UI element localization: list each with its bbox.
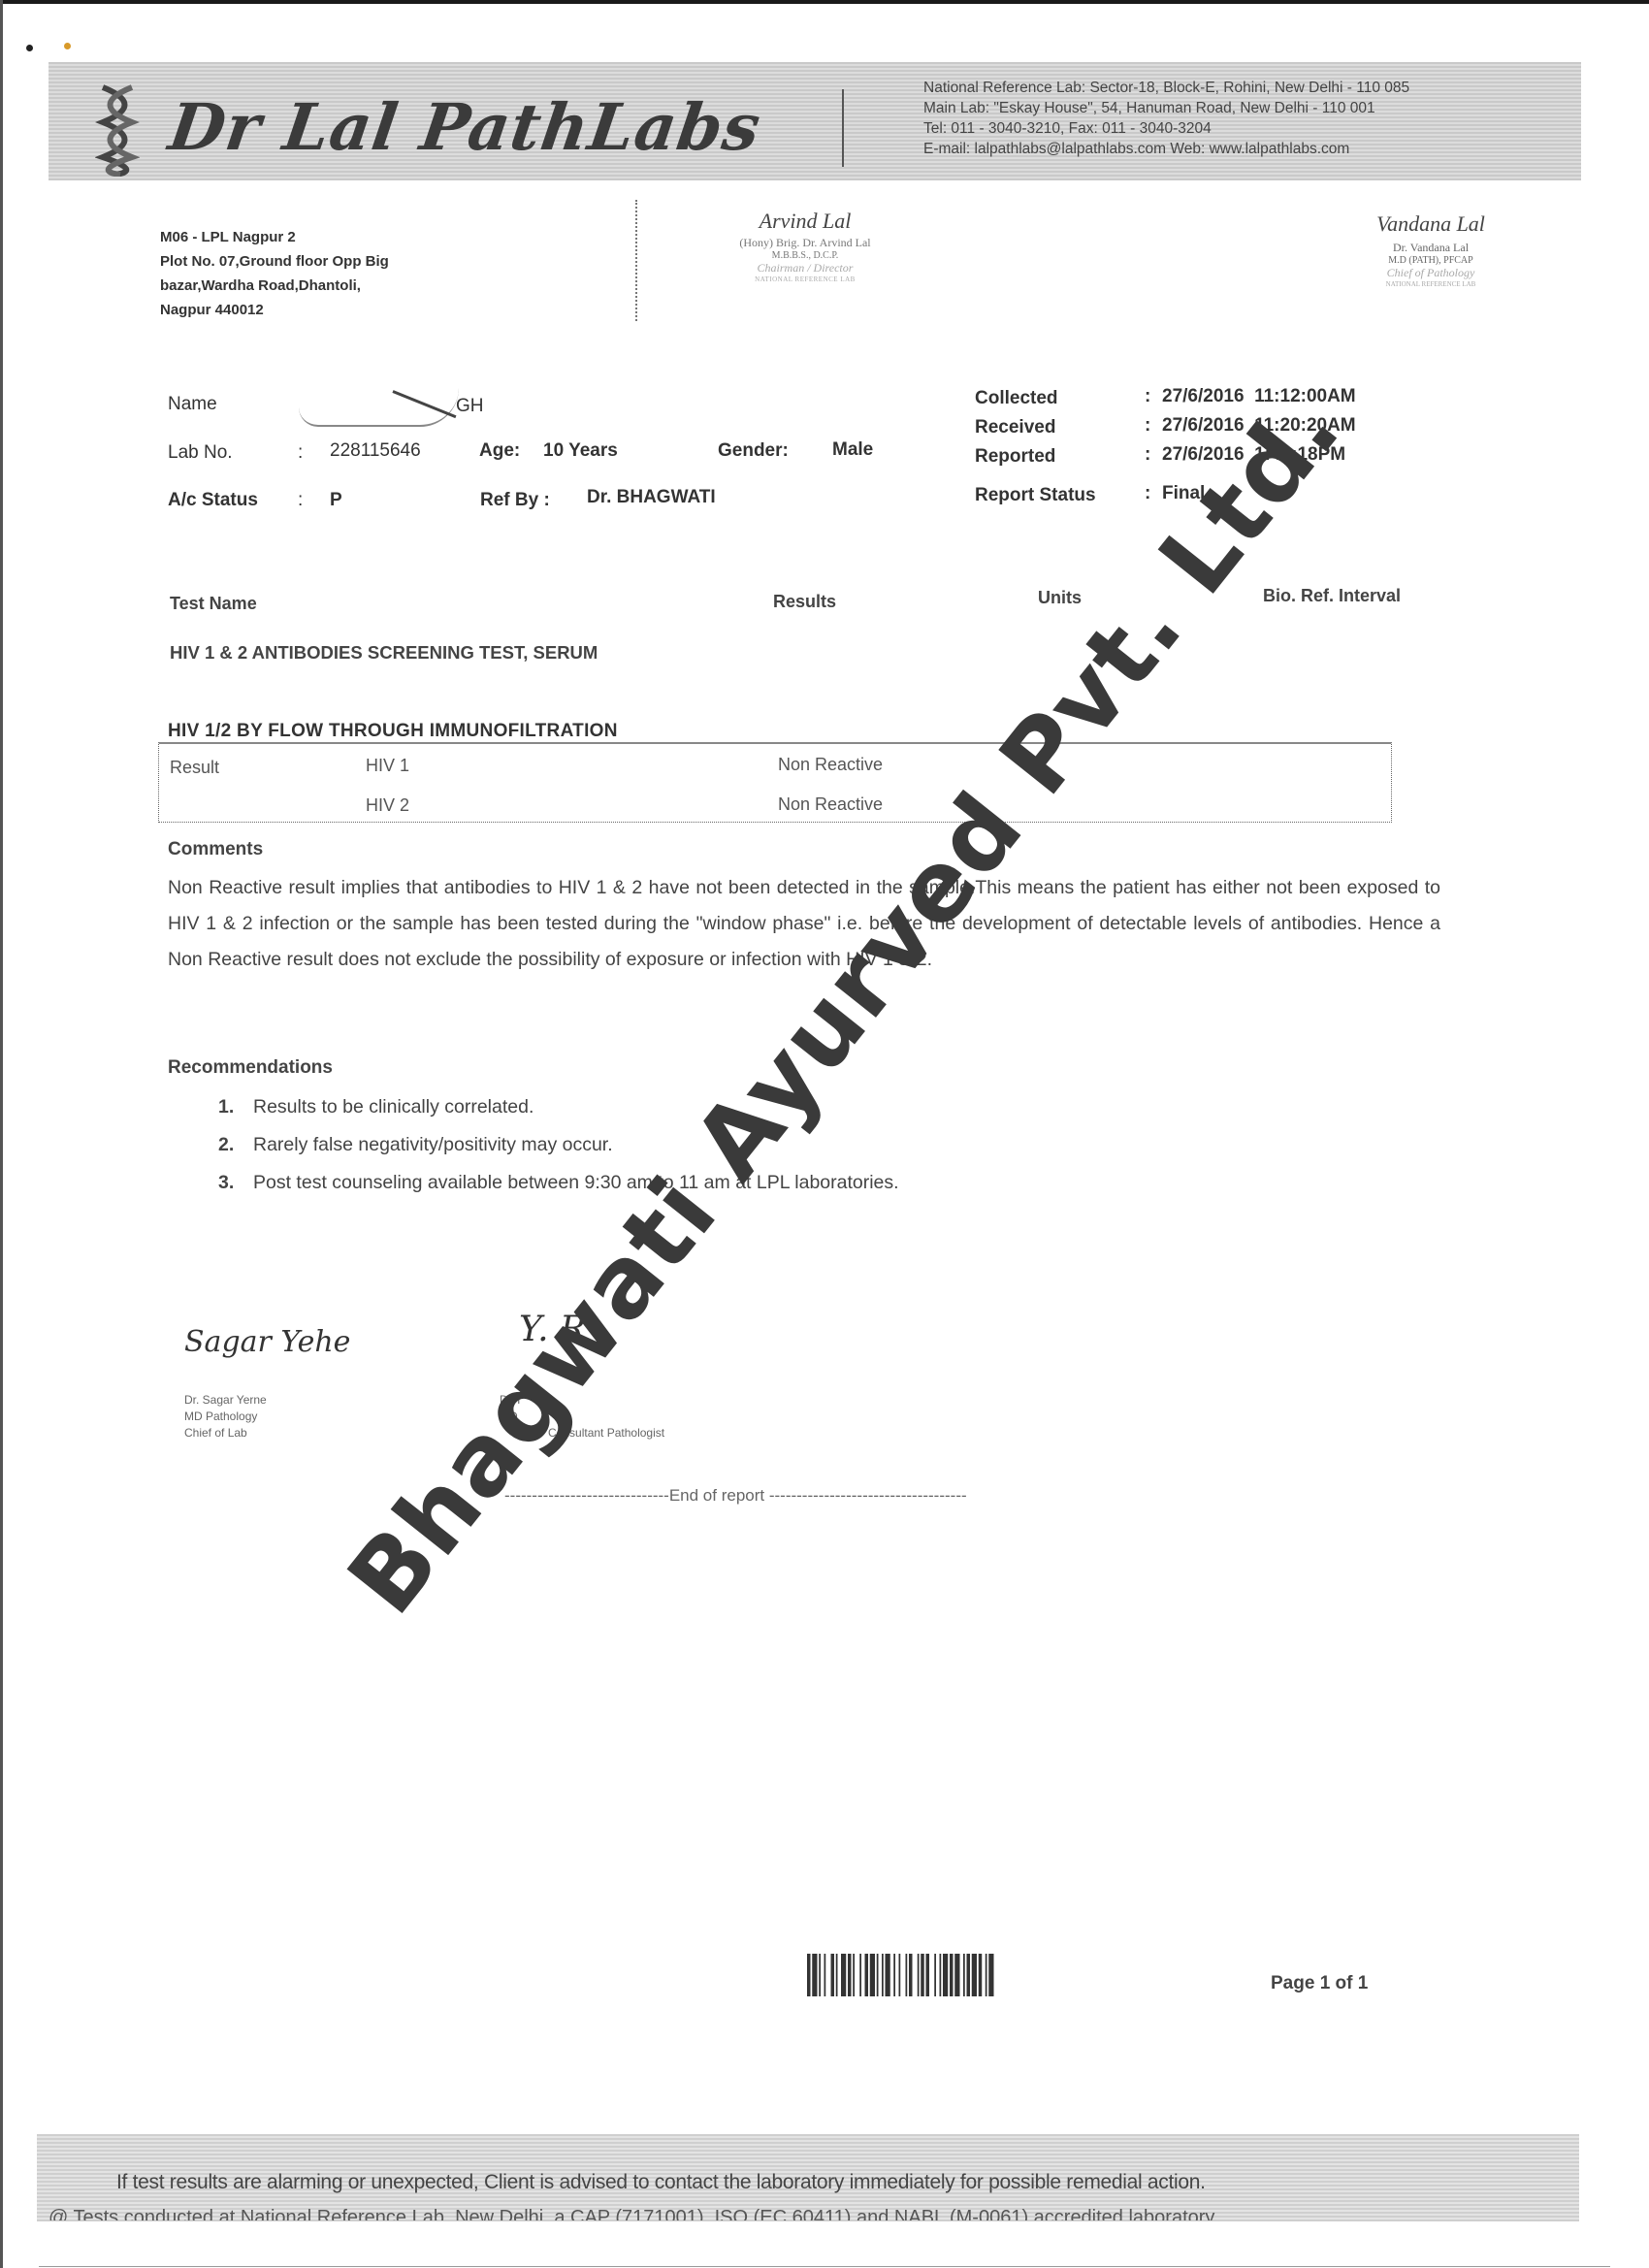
branch-line: Plot No. 07,Ground floor Opp Big xyxy=(160,249,389,274)
col-header-test-name: Test Name xyxy=(170,594,257,614)
reported-colon: : xyxy=(1145,444,1150,466)
signatory-subline: NATIONAL REFERENCE LAB xyxy=(679,275,931,283)
barcode-icon xyxy=(807,1954,1137,1996)
footer-rule xyxy=(39,2266,1610,2267)
signatory-title: Chief of Pathology xyxy=(1343,266,1518,280)
signature: Vandana Lal xyxy=(1343,211,1518,241)
ref-by-label: Ref By : xyxy=(480,490,550,511)
signatory-qualification: M.D (PATH), PFCAP xyxy=(1343,255,1518,266)
result-box xyxy=(158,742,1392,823)
signature-left: Sagar Yehe xyxy=(184,1325,350,1359)
age-label: Age: xyxy=(479,440,520,462)
test-name: HIV 1 & 2 ANTIBODIES SCREENING TEST, SER… xyxy=(170,642,598,664)
signatory-chief-pathology: Vandana Lal Dr. Vandana Lal M.D (PATH), … xyxy=(1343,211,1518,288)
signature: Arvind Lal xyxy=(679,209,931,236)
col-header-results: Results xyxy=(773,592,836,612)
received-label: Received xyxy=(975,417,1055,438)
signatory-chairman: Arvind Lal (Hony) Brig. Dr. Arvind Lal M… xyxy=(679,209,931,283)
lab-no-label: Lab No. xyxy=(168,442,233,464)
contact-line: Main Lab: "Eskay House", 54, Hanuman Roa… xyxy=(923,98,1409,118)
ac-status-value: P xyxy=(330,490,342,511)
scan-speck xyxy=(64,43,71,49)
recommendations-title: Recommendations xyxy=(168,1057,333,1079)
header-divider xyxy=(842,89,844,167)
branch-line: Nagpur 440012 xyxy=(160,298,389,322)
contact-line: National Reference Lab: Sector-18, Block… xyxy=(923,78,1409,98)
col-header-bio-ref-interval: Bio. Ref. Interval xyxy=(1263,586,1401,606)
brand-logo-text: Dr Lal PathLabs xyxy=(165,89,766,165)
footer-advisory: If test results are alarming or unexpect… xyxy=(116,2171,1513,2194)
contact-line: Tel: 011 - 3040-3210, Fax: 011 - 3040-32… xyxy=(923,118,1409,139)
branch-address: M06 - LPL Nagpur 2 Plot No. 07,Ground fl… xyxy=(160,225,389,322)
footer-accreditation: @ Tests conducted at National Reference … xyxy=(48,2207,1562,2220)
lab-no-colon: : xyxy=(298,442,303,464)
scan-edge-top xyxy=(0,0,1649,4)
patient-name-value: GH xyxy=(456,396,484,417)
result-label: Result xyxy=(170,758,219,778)
branch-divider xyxy=(635,200,637,321)
signatory-name: (Hony) Brig. Dr. Arvind Lal xyxy=(679,236,931,250)
received-colon: : xyxy=(1145,415,1150,437)
collected-label: Collected xyxy=(975,388,1058,409)
age-value: 10 Years xyxy=(543,440,618,462)
recommendation-item: 3.Post test counseling available between… xyxy=(218,1164,899,1202)
scan-edge-left xyxy=(0,0,3,2268)
contact-line: E-mail: lalpathlabs@lalpathlabs.com Web:… xyxy=(923,139,1409,159)
reported-label: Reported xyxy=(975,446,1055,468)
signatory-line: Dr. Sagar Yerne xyxy=(184,1392,267,1409)
signatory-line: Chief of Lab xyxy=(184,1425,267,1442)
method-title: HIV 1/2 BY FLOW THROUGH IMMUNOFILTRATION xyxy=(168,721,618,742)
analyte-hiv2: HIV 2 xyxy=(366,795,409,816)
col-header-units: Units xyxy=(1038,588,1082,608)
signatory-subline: NATIONAL REFERENCE LAB xyxy=(1343,280,1518,288)
signatory-title: Chairman / Director xyxy=(679,261,931,275)
ref-by-value: Dr. BHAGWATI xyxy=(587,487,716,508)
branch-line: M06 - LPL Nagpur 2 xyxy=(160,225,389,249)
scan-speck xyxy=(26,45,33,51)
end-of-report-marker: ------------------------------End of rep… xyxy=(504,1486,967,1506)
page-number: Page 1 of 1 xyxy=(1271,1973,1368,1994)
ac-status-colon: : xyxy=(298,490,303,511)
lab-contact-info: National Reference Lab: Sector-18, Block… xyxy=(923,78,1409,159)
gender-label: Gender: xyxy=(718,440,789,462)
gender-value: Male xyxy=(832,439,873,461)
signatory-qualification: M.B.B.S., D.C.P. xyxy=(679,250,931,261)
ac-status-label: A/c Status xyxy=(168,490,258,511)
signatory-line: MD Pathology xyxy=(184,1409,267,1425)
comments-title: Comments xyxy=(168,839,263,860)
signatory-name: Dr. Vandana Lal xyxy=(1343,241,1518,255)
name-label: Name xyxy=(168,394,217,415)
lab-no-value: 228115646 xyxy=(330,440,421,462)
report-status-colon: : xyxy=(1145,483,1150,504)
dna-helix-logo-icon xyxy=(95,83,140,177)
result-hiv1: Non Reactive xyxy=(778,755,883,775)
report-status-label: Report Status xyxy=(975,485,1096,506)
result-hiv2: Non Reactive xyxy=(778,794,883,815)
branch-line: bazar,Wardha Road,Dhantoli, xyxy=(160,274,389,298)
watermark-text: Bhagwati Ayurved Pvt. Ltd. xyxy=(326,373,1362,1635)
signatory-left: Dr. Sagar Yerne MD Pathology Chief of La… xyxy=(184,1392,267,1442)
collected-colon: : xyxy=(1145,386,1150,407)
analyte-hiv1: HIV 1 xyxy=(366,756,409,776)
